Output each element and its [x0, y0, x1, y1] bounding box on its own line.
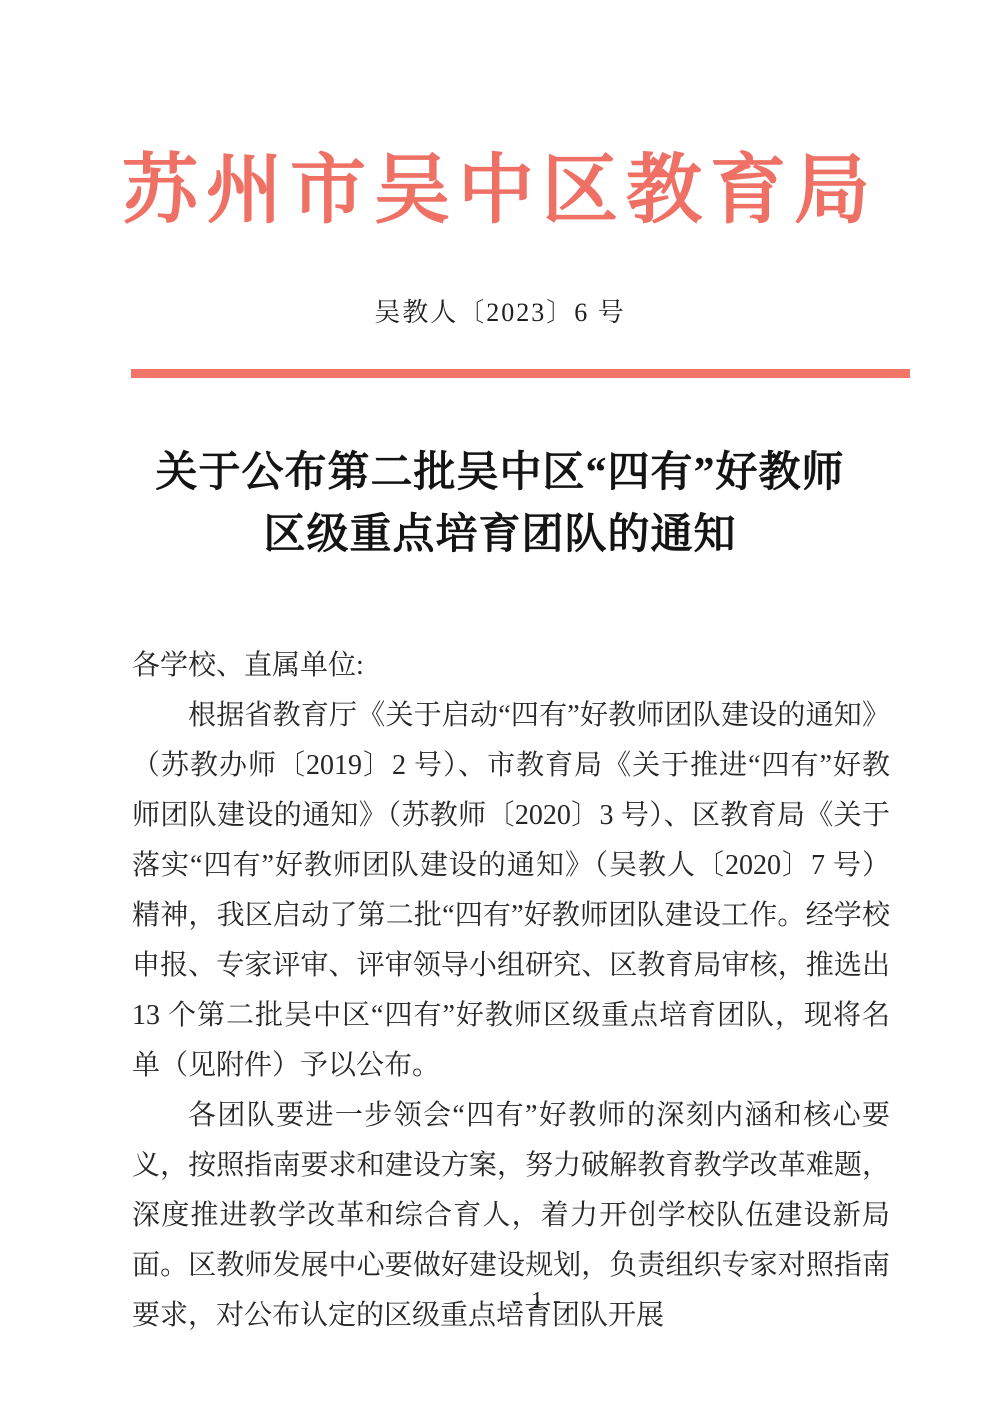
body-paragraph-1: 根据省教育厅《关于启动“四有”好教师团队建设的通知》（苏教办师〔2019〕2 号… [132, 691, 890, 1091]
document-title: 关于公布第二批吴中区“四有”好教师 区级重点培育团队的通知 [0, 442, 1000, 566]
document-body: 各学校、直属单位: 根据省教育厅《关于启动“四有”好教师团队建设的通知》（苏教办… [132, 641, 890, 1341]
page-number: - 1 - [0, 1288, 1000, 1315]
letterhead-divider-rule [131, 369, 910, 378]
letterhead-title: 苏州市吴中区教育局 [0, 150, 1000, 234]
document-number: 吴教人〔2023〕6 号 [0, 296, 1000, 330]
document-page: 苏州市吴中区教育局 吴教人〔2023〕6 号 关于公布第二批吴中区“四有”好教师… [0, 0, 1000, 1414]
document-title-line-1: 关于公布第二批吴中区“四有”好教师 [155, 450, 844, 496]
document-title-line-2: 区级重点培育团队的通知 [263, 512, 736, 558]
salutation: 各学校、直属单位: [132, 641, 890, 691]
